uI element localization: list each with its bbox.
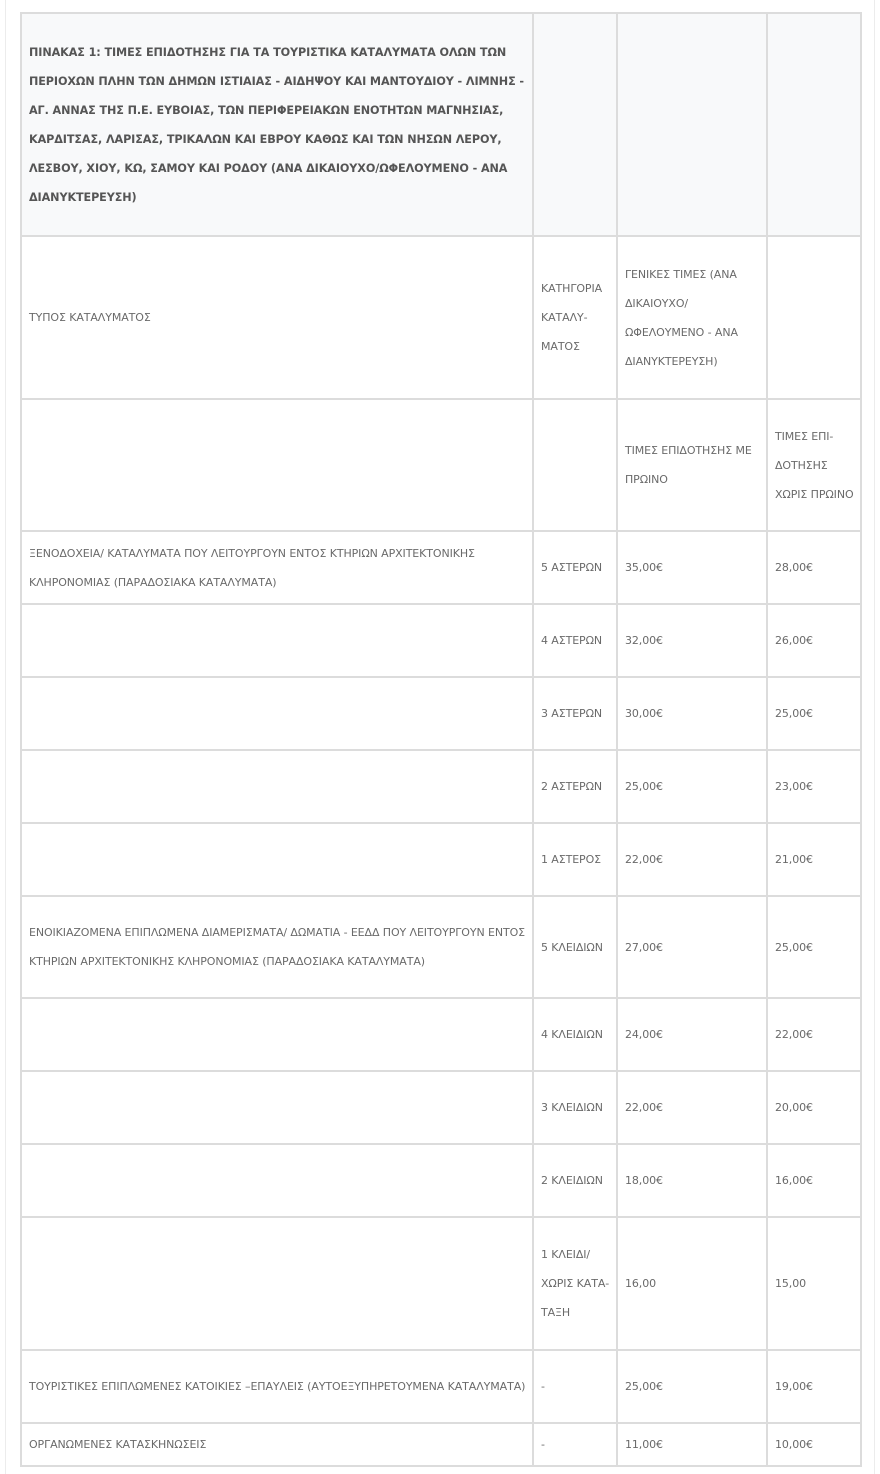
price-with-breakfast-cell: 35,00€ — [617, 531, 767, 604]
price-without-breakfast-cell: 23,00€ — [767, 750, 861, 823]
subheader-row: ΤΙΜΕΣ ΕΠΙΔΟΤΗ­ΣΗΣ ΜΕ ΠΡΩΙΝΟ ΤΙΜΕΣ ΕΠΙ­ΔΟ… — [21, 399, 861, 531]
table-row: 3 ΚΛΕΙΔΙΩΝ22,00€20,00€ — [21, 1071, 861, 1144]
category-cell: 2 ΑΣΤΕΡΩΝ — [533, 750, 617, 823]
table-title: ΠΙΝΑΚΑΣ 1: ΤΙΜΕΣ ΕΠΙΔΟΤΗΣΗΣ ΓΙΑ ΤΑ ΤΟΥΡΙ… — [21, 13, 533, 236]
empty-cell — [767, 13, 861, 236]
price-without-breakfast-cell: 25,00€ — [767, 896, 861, 998]
category-cell: - — [533, 1423, 617, 1466]
accommodation-type-cell: ΕΝΟΙΚΙΑΖΟΜΕΝΑ ΕΠΙΠΛΩΜΕΝΑ ΔΙΑΜΕΡΙΣΜΑΤΑ/ Δ… — [21, 896, 533, 998]
accommodation-type-cell — [21, 998, 533, 1071]
category-cell: 4 ΑΣΤΕΡΩΝ — [533, 604, 617, 677]
category-cell: - — [533, 1350, 617, 1423]
table-row: 2 ΑΣΤΕΡΩΝ25,00€23,00€ — [21, 750, 861, 823]
table-title-row: ΠΙΝΑΚΑΣ 1: ΤΙΜΕΣ ΕΠΙΔΟΤΗΣΗΣ ΓΙΑ ΤΑ ΤΟΥΡΙ… — [21, 13, 861, 236]
table-row: 4 ΑΣΤΕΡΩΝ32,00€26,00€ — [21, 604, 861, 677]
price-without-breakfast-cell: 15,00 — [767, 1217, 861, 1350]
price-with-breakfast-cell: 24,00€ — [617, 998, 767, 1071]
table-row: ΞΕΝΟΔΟΧΕΙΑ/ ΚΑΤΑΛΥΜΑΤΑ ΠΟΥ ΛΕΙΤΟΥΡΓΟΥΝ Ε… — [21, 531, 861, 604]
table-row: 4 ΚΛΕΙΔΙΩΝ24,00€22,00€ — [21, 998, 861, 1071]
table-row: 1 ΑΣΤΕΡΟΣ22,00€21,00€ — [21, 823, 861, 896]
accommodation-type-cell — [21, 677, 533, 750]
category-cell: 1 ΚΛΕΙΔΙ/ ΧΩΡΙΣ ΚΑΤΑ­ΤΑΞΗ — [533, 1217, 617, 1350]
subsidy-rates-table: ΠΙΝΑΚΑΣ 1: ΤΙΜΕΣ ΕΠΙΔΟΤΗΣΗΣ ΓΙΑ ΤΑ ΤΟΥΡΙ… — [20, 12, 862, 1467]
price-without-breakfast-cell: 21,00€ — [767, 823, 861, 896]
price-with-breakfast-cell: 16,00 — [617, 1217, 767, 1350]
price-without-breakfast-cell: 16,00€ — [767, 1144, 861, 1217]
price-without-breakfast-cell: 25,00€ — [767, 677, 861, 750]
empty-cell — [767, 236, 861, 399]
accommodation-type-cell — [21, 823, 533, 896]
table-row: ΟΡΓΑΝΩΜΕΝΕΣ ΚΑΤΑΣΚΗΝΩΣΕΙΣ-11,00€10,00€ — [21, 1423, 861, 1466]
category-cell: 3 ΚΛΕΙΔΙΩΝ — [533, 1071, 617, 1144]
container-border-right — [874, 0, 875, 1474]
category-cell: 5 ΑΣΤΕΡΩΝ — [533, 531, 617, 604]
accommodation-type-cell: ΤΟΥΡΙΣΤΙΚΕΣ ΕΠΙΠΛΩΜΕΝΕΣ ΚΑΤΟΙΚΙΕΣ –ΕΠΑΥΛ… — [21, 1350, 533, 1423]
category-cell: 4 ΚΛΕΙΔΙΩΝ — [533, 998, 617, 1071]
price-with-breakfast-cell: 27,00€ — [617, 896, 767, 998]
accommodation-type-cell: ΞΕΝΟΔΟΧΕΙΑ/ ΚΑΤΑΛΥΜΑΤΑ ΠΟΥ ΛΕΙΤΟΥΡΓΟΥΝ Ε… — [21, 531, 533, 604]
accommodation-type-cell — [21, 1071, 533, 1144]
category-cell: 1 ΑΣΤΕΡΟΣ — [533, 823, 617, 896]
category-cell: 2 ΚΛΕΙΔΙΩΝ — [533, 1144, 617, 1217]
empty-cell — [533, 13, 617, 236]
table-row: ΤΟΥΡΙΣΤΙΚΕΣ ΕΠΙΠΛΩΜΕΝΕΣ ΚΑΤΟΙΚΙΕΣ –ΕΠΑΥΛ… — [21, 1350, 861, 1423]
price-without-breakfast-cell: 22,00€ — [767, 998, 861, 1071]
header-general-prices: ΓΕΝΙΚΕΣ ΤΙΜΕΣ (ΑΝΑ ΔΙΚΑΙΟΥΧΟ/ ΩΦΕΛΟΥΜΕΝΟ… — [617, 236, 767, 399]
price-with-breakfast-cell: 30,00€ — [617, 677, 767, 750]
table-row: 1 ΚΛΕΙΔΙ/ ΧΩΡΙΣ ΚΑΤΑ­ΤΑΞΗ16,0015,00 — [21, 1217, 861, 1350]
accommodation-type-cell: ΟΡΓΑΝΩΜΕΝΕΣ ΚΑΤΑΣΚΗΝΩΣΕΙΣ — [21, 1423, 533, 1466]
price-with-breakfast-cell: 25,00€ — [617, 750, 767, 823]
price-with-breakfast-cell: 11,00€ — [617, 1423, 767, 1466]
empty-cell — [21, 399, 533, 531]
accommodation-type-cell — [21, 1144, 533, 1217]
empty-cell — [617, 13, 767, 236]
price-without-breakfast-cell: 26,00€ — [767, 604, 861, 677]
price-with-breakfast-cell: 25,00€ — [617, 1350, 767, 1423]
price-with-breakfast-cell: 18,00€ — [617, 1144, 767, 1217]
header-row: ΤΥΠΟΣ ΚΑΤΑΛΥΜΑΤΟΣ ΚΑΤΗΓΟ­ΡΙΑ ΚΑΤΑΛΥ­ΜΑΤΟ… — [21, 236, 861, 399]
header-without-breakfast: ΤΙΜΕΣ ΕΠΙ­ΔΟΤΗΣΗΣ ΧΩΡΙΣ ΠΡΩΙΝΟ — [767, 399, 861, 531]
accommodation-type-cell — [21, 750, 533, 823]
price-with-breakfast-cell: 32,00€ — [617, 604, 767, 677]
price-without-breakfast-cell: 28,00€ — [767, 531, 861, 604]
table-row: 3 ΑΣΤΕΡΩΝ30,00€25,00€ — [21, 677, 861, 750]
header-accommodation-category: ΚΑΤΗΓΟ­ΡΙΑ ΚΑΤΑΛΥ­ΜΑΤΟΣ — [533, 236, 617, 399]
price-without-breakfast-cell: 19,00€ — [767, 1350, 861, 1423]
header-with-breakfast: ΤΙΜΕΣ ΕΠΙΔΟΤΗ­ΣΗΣ ΜΕ ΠΡΩΙΝΟ — [617, 399, 767, 531]
table-body: ΞΕΝΟΔΟΧΕΙΑ/ ΚΑΤΑΛΥΜΑΤΑ ΠΟΥ ΛΕΙΤΟΥΡΓΟΥΝ Ε… — [21, 531, 861, 1466]
header-accommodation-type: ΤΥΠΟΣ ΚΑΤΑΛΥΜΑΤΟΣ — [21, 236, 533, 399]
price-without-breakfast-cell: 20,00€ — [767, 1071, 861, 1144]
accommodation-type-cell — [21, 1217, 533, 1350]
container-border-left — [5, 0, 6, 1474]
table-row: ΕΝΟΙΚΙΑΖΟΜΕΝΑ ΕΠΙΠΛΩΜΕΝΑ ΔΙΑΜΕΡΙΣΜΑΤΑ/ Δ… — [21, 896, 861, 998]
category-cell: 5 ΚΛΕΙΔΙΩΝ — [533, 896, 617, 998]
price-with-breakfast-cell: 22,00€ — [617, 1071, 767, 1144]
empty-cell — [533, 399, 617, 531]
accommodation-type-cell — [21, 604, 533, 677]
category-cell: 3 ΑΣΤΕΡΩΝ — [533, 677, 617, 750]
price-without-breakfast-cell: 10,00€ — [767, 1423, 861, 1466]
price-with-breakfast-cell: 22,00€ — [617, 823, 767, 896]
table-row: 2 ΚΛΕΙΔΙΩΝ18,00€16,00€ — [21, 1144, 861, 1217]
